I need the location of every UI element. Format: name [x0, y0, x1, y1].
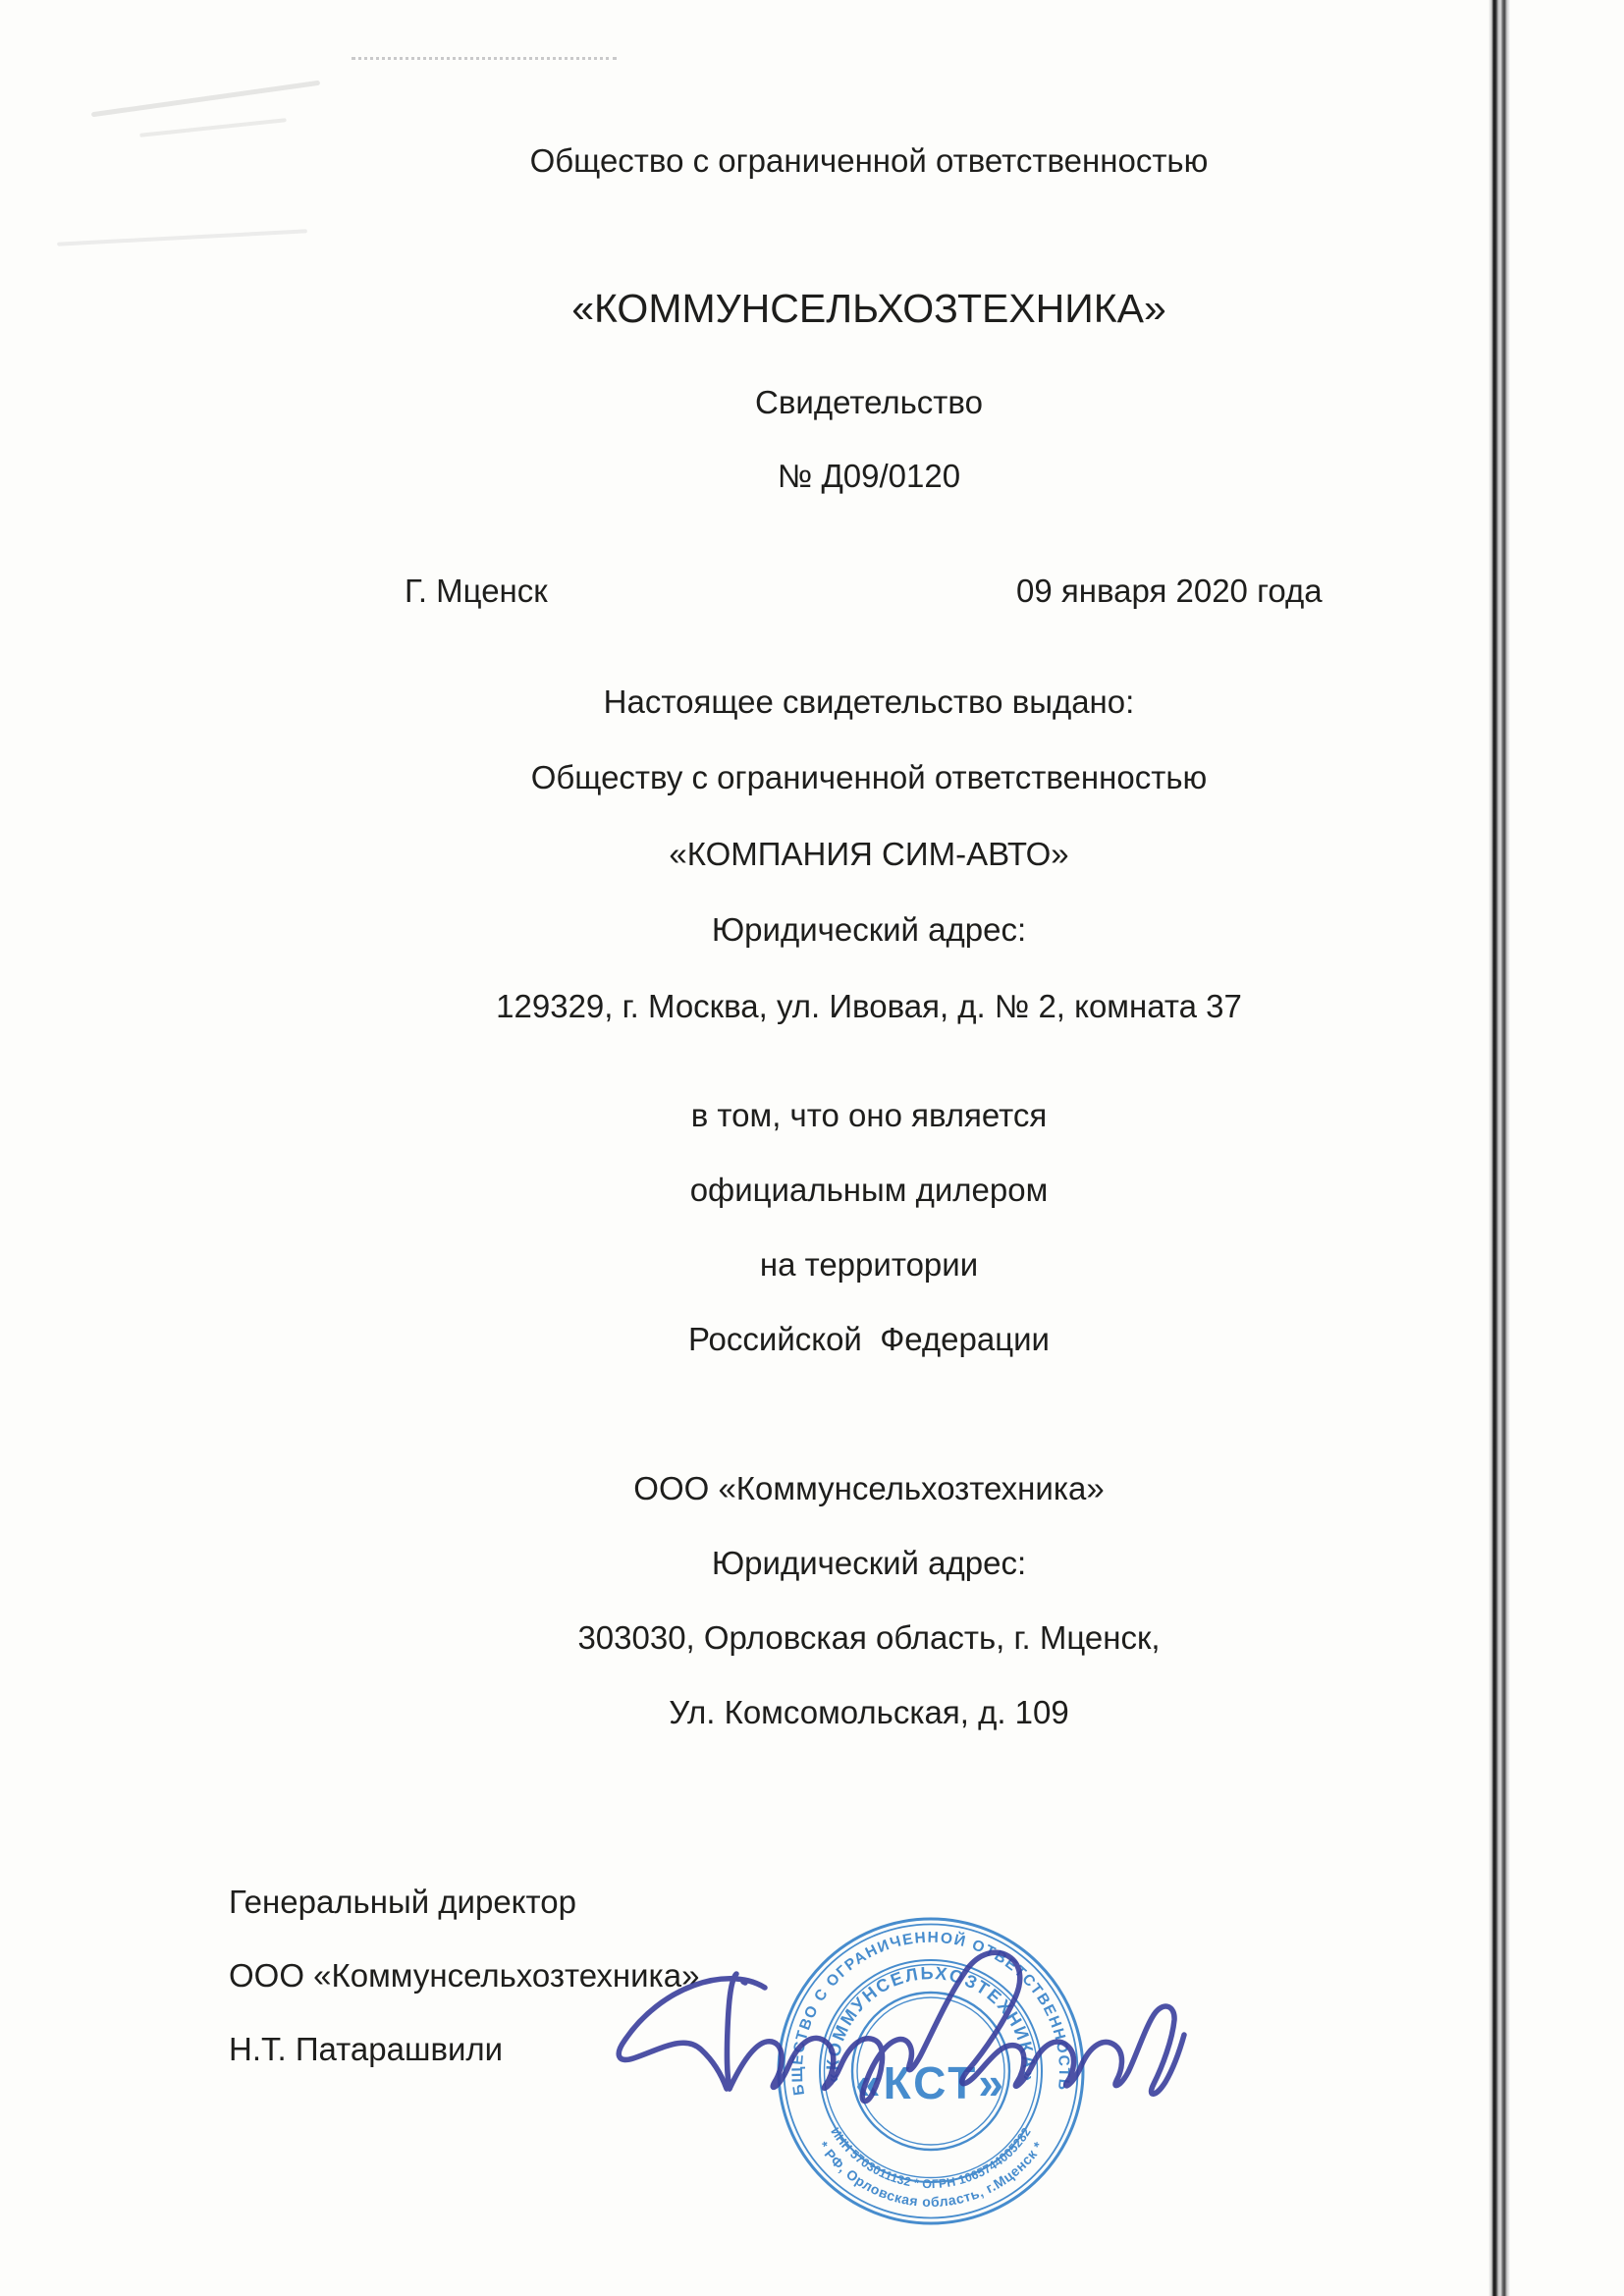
- statement-line-1: в том, что оно является: [114, 1097, 1624, 1134]
- seal-outer-bottom-text: * РФ, Орловская область, г.Мценск *: [815, 2139, 1046, 2210]
- scan-smudge: [139, 118, 287, 137]
- recipient-name: «КОМПАНИЯ СИМ-АВТО»: [114, 836, 1624, 873]
- seal-center-monogram: «КСТ»: [855, 2057, 1006, 2108]
- issuer-name: ООО «Коммунсельхозтехника»: [114, 1470, 1624, 1507]
- seal-outer-top-text: ОБЩЕСТВО С ОГРАНИЧЕННОЙ ОТВЕТСТВЕННОСТЬЮ: [789, 1930, 1072, 2097]
- svg-text:* РФ, Орловская область, г.Мце: * РФ, Орловская область, г.Мценск *: [815, 2139, 1046, 2210]
- statement-line-3: на территории: [114, 1246, 1624, 1284]
- scan-smudge: [91, 81, 320, 118]
- signature-stroke: [619, 1979, 765, 2089]
- issue-city: Г. Мценск: [405, 573, 548, 610]
- issuer-address-2: Ул. Комсомольская, д. 109: [114, 1694, 1624, 1731]
- recipient-address: 129329, г. Москва, ул. Ивовая, д. № 2, к…: [114, 988, 1624, 1025]
- org-name-title: «КОММУНСЕЛЬХОЗТЕХНИКА»: [114, 285, 1624, 332]
- issuer-address-label: Юридический адрес:: [114, 1545, 1624, 1582]
- signature-stroke: [727, 1974, 736, 2089]
- org-type-line: Общество с ограниченной ответственностью: [114, 142, 1624, 180]
- doc-number-line: № Д09/0120: [114, 458, 1624, 495]
- svg-text:ИНН 5703011132 * ОГРН 10657440: ИНН 5703011132 * ОГРН 1065744005282: [828, 2125, 1034, 2191]
- company-seal-stamp: ОБЩЕСТВО С ОГРАНИЧЕННОЙ ОТВЕТСТВЕННОСТЬЮ…: [779, 1919, 1083, 2223]
- director-signature: [619, 1952, 1184, 2101]
- statement-line-4: Российской Федерации: [114, 1321, 1624, 1358]
- issue-date: 09 января 2020 года: [1016, 573, 1323, 610]
- recipient-address-label: Юридический адрес:: [114, 911, 1624, 949]
- scan-smudge: [57, 229, 307, 246]
- seal-rings: [779, 1919, 1083, 2223]
- svg-text:ОБЩЕСТВО С ОГРАНИЧЕННОЙ ОТВЕТС: ОБЩЕСТВО С ОГРАНИЧЕННОЙ ОТВЕТСТВЕННОСТЬЮ: [789, 1930, 1072, 2097]
- signature-dot: [743, 1982, 745, 1983]
- signatory-company: ООО «Коммунсельхозтехника»: [229, 1957, 699, 1995]
- issued-to-intro: Настоящее свидетельство выдано:: [114, 683, 1624, 721]
- scan-edge-line: [1489, 0, 1510, 2296]
- recipient-org-type: Обществу с ограниченной ответственностью: [114, 759, 1624, 796]
- scanned-certificate-page: Общество с ограниченной ответственностью…: [0, 0, 1624, 2296]
- scan-dotted-artifact: [352, 57, 617, 60]
- stamp-and-signature-layer: ОБЩЕСТВО С ОГРАНИЧЕННОЙ ОТВЕТСТВЕННОСТЬЮ…: [0, 0, 1624, 2296]
- statement-line-2: официальным дилером: [114, 1172, 1624, 1209]
- seal-inner-top-text: «КОММУНСЕЛЬХОЗТЕХНИКА»: [823, 1963, 1039, 2084]
- signature-stroke: [730, 1952, 1184, 2101]
- doc-type-line: Свидетельство: [114, 384, 1624, 421]
- svg-text:«КОММУНСЕЛЬХОЗТЕХНИКА»: «КОММУНСЕЛЬХОЗТЕХНИКА»: [823, 1963, 1039, 2084]
- seal-inner-bottom-text: ИНН 5703011132 * ОГРН 1065744005282: [828, 2125, 1034, 2191]
- signatory-name: Н.Т. Патарашвили: [229, 2031, 503, 2068]
- signatory-title: Генеральный директор: [229, 1884, 576, 1921]
- issuer-address-1: 303030, Орловская область, г. Мценск,: [114, 1619, 1624, 1657]
